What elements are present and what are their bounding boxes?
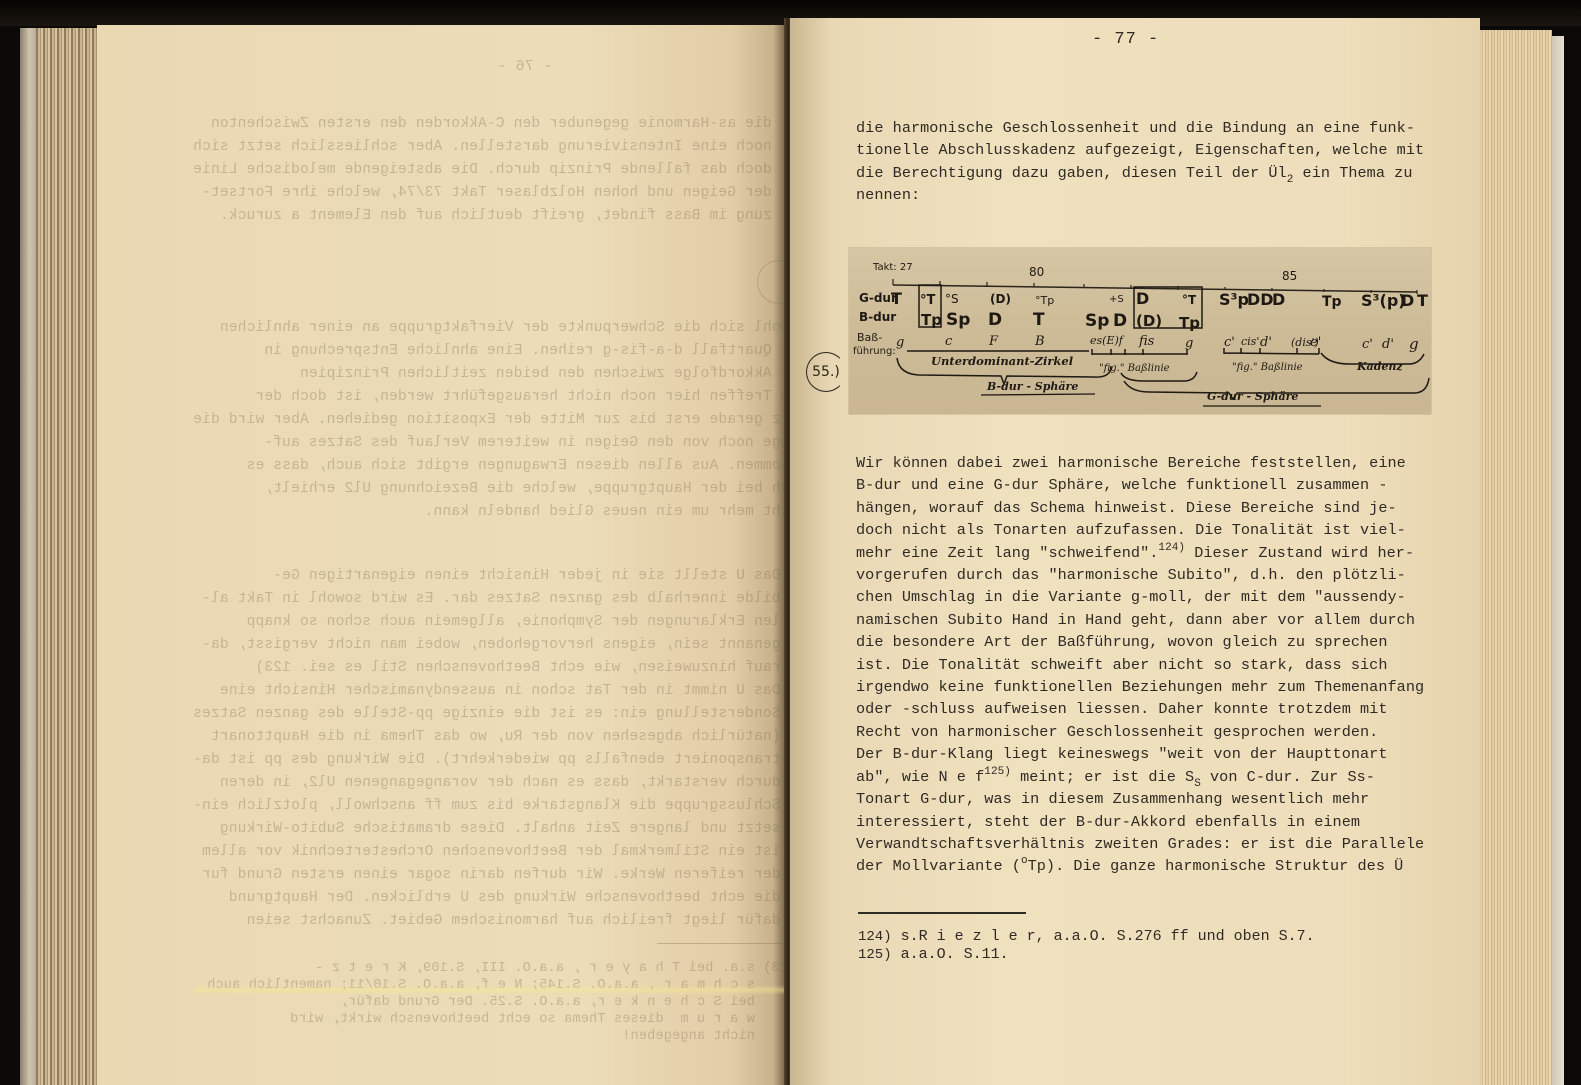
text-line: hängen, worauf das Schema hinweist. Dies… xyxy=(856,497,1456,519)
footnote-rule xyxy=(858,912,1026,914)
svg-text:Sp: Sp xyxy=(946,310,970,330)
text-line: namischen Subito Hand in Hand geht, dann… xyxy=(856,609,1456,631)
svg-text:d': d' xyxy=(1260,335,1272,350)
footnote-number: 125) xyxy=(858,947,892,963)
svg-text:S³(p): S³(p) xyxy=(1361,291,1406,310)
left-page: - 76 - die as-Harmonie gegenuber den C-A… xyxy=(97,25,787,1085)
g-dur-sphaere-label: G-dur - Sphäre xyxy=(1207,390,1298,403)
text-line: doch nicht als Tonarten aufzufassen. Die… xyxy=(856,519,1456,541)
basslinie-label-2: "fig." Baßlinie xyxy=(1232,362,1303,373)
label-bass-2: führung: xyxy=(853,346,896,357)
basslinie-label-1: "fig." Baßlinie xyxy=(1099,363,1170,374)
svg-text:T: T xyxy=(1417,291,1428,310)
svg-text:D: D xyxy=(1272,290,1285,309)
text-span: Dieser Zustand wird her- xyxy=(1185,544,1414,562)
b-dur-sphaere-label: B-dur - Sphäre xyxy=(986,380,1078,393)
right-cover-edge xyxy=(1552,36,1564,1085)
svg-text:fis: fis xyxy=(1138,334,1155,349)
diagram-drawing: Takt: 27 80 85 G-dur B-dur Baß- führung: xyxy=(849,248,1431,414)
text-span: die Berechtigung dazu gaben, diesen Teil… xyxy=(856,164,1287,182)
label-bass: Baß- xyxy=(857,331,882,344)
svg-text:c: c xyxy=(945,334,953,349)
text-line: die harmonische Geschlossenheit und die … xyxy=(856,117,1456,139)
measure-85: 85 xyxy=(1282,269,1297,283)
scan-artifact xyxy=(194,985,884,995)
text-line: tionelle Abschlusskadenz aufgezeigt, Eig… xyxy=(856,139,1456,161)
text-span: Tp). Die ganze harmonische Struktur des … xyxy=(1028,857,1404,875)
svg-text:°Tp: °Tp xyxy=(1035,294,1054,307)
svg-text:Sp: Sp xyxy=(1085,311,1109,331)
svg-text:B: B xyxy=(1034,334,1045,349)
unterdominant-label: Unterdominant-Zirkel xyxy=(931,354,1074,368)
paragraph-main: Wir können dabei zwei harmonische Bereic… xyxy=(856,452,1456,878)
svg-text:S³p: S³p xyxy=(1219,290,1249,309)
svg-text:°S: °S xyxy=(945,292,959,306)
svg-text:e': e' xyxy=(1310,335,1321,350)
svg-text:Tp: Tp xyxy=(921,311,942,329)
svg-text:cis': cis' xyxy=(1241,335,1259,348)
text-span: von C-dur. Zur Ss- xyxy=(1201,768,1375,786)
svg-text:g: g xyxy=(1409,335,1419,353)
left-cover-edge xyxy=(20,28,36,1085)
left-ghost-footnotes: 123) s.a. bei T h a y e r , a.a.O. III, … xyxy=(207,960,796,1045)
svg-text:+S: +S xyxy=(1109,294,1124,305)
left-ghost-block-2: obwohl sich die Schwerpunkte der Vierfak… xyxy=(193,317,807,524)
paragraph-intro: die harmonische Geschlossenheit und die … xyxy=(856,117,1456,207)
svg-text:(D): (D) xyxy=(990,292,1011,306)
left-page-number: - 76 - xyxy=(497,55,552,78)
footnote-125: 125) a.a.O. S.11. xyxy=(858,946,1458,964)
text-line: Recht von harmonischer Geschlossenheit g… xyxy=(856,721,1456,743)
text-line: B-dur und eine G-dur Sphäre, welche funk… xyxy=(856,474,1456,496)
footnote-ref-125: 125) xyxy=(984,766,1011,778)
svg-text:°T: °T xyxy=(1182,293,1197,307)
text-line: Der B-dur-Klang liegt keineswegs "weit v… xyxy=(856,743,1456,765)
harmonic-schema-diagram: Takt: 27 80 85 G-dur B-dur Baß- führung: xyxy=(849,248,1431,414)
text-line: ist. Die Tonalität schweift aber nicht s… xyxy=(856,654,1456,676)
text-line: Wir können dabei zwei harmonische Bereic… xyxy=(856,452,1456,474)
text-line: irgendwo keine funktionellen Beziehungen… xyxy=(856,676,1456,698)
svg-text:T: T xyxy=(891,289,902,308)
page-number: - 77 - xyxy=(1092,30,1159,49)
text-line: nennen: xyxy=(856,184,1456,206)
svg-text:c': c' xyxy=(1224,335,1235,350)
footnote-text: s.R i e z l e r, a.a.O. S.276 ff und obe… xyxy=(892,928,1315,945)
label-b-dur: B-dur xyxy=(859,310,896,324)
footnotes: 124) s.R i e z l e r, a.a.O. S.276 ff un… xyxy=(858,928,1458,964)
text-line: Tonart G-dur, was in diesem Zusammenhang… xyxy=(856,788,1456,810)
svg-text:D: D xyxy=(1401,291,1414,310)
footnote-text: a.a.O. S.11. xyxy=(892,946,1009,963)
text-line: der Mollvariante (oTp). Die ganze harmon… xyxy=(856,855,1456,877)
left-ghost-block-3: Das U stellt sie in jeder Hinsicht einen… xyxy=(193,565,781,933)
open-book: - 76 - die as-Harmonie gegenuber den C-A… xyxy=(0,0,1581,1085)
measure-label: Takt: 27 xyxy=(872,262,913,273)
svg-text:d': d' xyxy=(1382,337,1394,352)
svg-text:g: g xyxy=(896,335,904,350)
text-line: mehr eine Zeit lang "schweifend".124) Di… xyxy=(856,542,1456,564)
svg-text:D: D xyxy=(1113,311,1127,331)
text-span: der Mollvariante ( xyxy=(856,857,1021,875)
footnote-number: 124) xyxy=(858,929,892,945)
svg-text:D: D xyxy=(988,310,1002,330)
text-line: oder -schluss aufweisen liessen. Daher k… xyxy=(856,698,1456,720)
superscript: o xyxy=(1021,855,1028,867)
svg-text:(D): (D) xyxy=(1136,312,1162,330)
text-span: ab", wie N e f xyxy=(856,768,984,786)
text-line: ab", wie N e f125) meint; er ist die SS … xyxy=(856,766,1456,788)
text-span: meint; er ist die S xyxy=(1011,768,1194,786)
svg-text:°T: °T xyxy=(920,293,936,308)
svg-text:DD: DD xyxy=(1247,290,1274,309)
measure-80: 80 xyxy=(1029,265,1044,279)
text-span: ein Thema zu xyxy=(1293,164,1412,182)
svg-text:F: F xyxy=(988,334,999,349)
text-line: Verwandtschaftsverhältnis zweiten Grades… xyxy=(856,833,1456,855)
text-line: chen Umschlag in die Variante g-moll, de… xyxy=(856,586,1456,608)
left-page-stack xyxy=(36,28,98,1085)
kadenz-label: Kadenz xyxy=(1356,360,1403,373)
text-span: mehr eine Zeit lang "schweifend". xyxy=(856,544,1158,562)
svg-text:Tp: Tp xyxy=(1322,294,1342,310)
svg-text:es(E)f: es(E)f xyxy=(1090,334,1125,347)
text-line: interessiert, steht der B-dur-Akkord ebe… xyxy=(856,811,1456,833)
svg-text:D: D xyxy=(1136,289,1149,308)
svg-text:g: g xyxy=(1185,336,1193,351)
example-number-mark: 55.) xyxy=(806,352,846,392)
left-ghost-block-1: die as-Harmonie gegenuber den C-Akkorden… xyxy=(193,113,772,228)
text-line: die Berechtigung dazu gaben, diesen Teil… xyxy=(856,162,1456,184)
footnote-124: 124) s.R i e z l e r, a.a.O. S.276 ff un… xyxy=(858,928,1458,946)
svg-text:T: T xyxy=(1033,310,1045,330)
text-line: die besondere Art der Baßführung, wovon … xyxy=(856,631,1456,653)
right-page-stack xyxy=(1480,30,1552,1085)
svg-text:c': c' xyxy=(1362,337,1373,352)
svg-text:Tp: Tp xyxy=(1179,314,1200,332)
footnote-ref-124: 124) xyxy=(1158,542,1185,554)
text-line: vorgerufen durch das "harmonische Subito… xyxy=(856,564,1456,586)
